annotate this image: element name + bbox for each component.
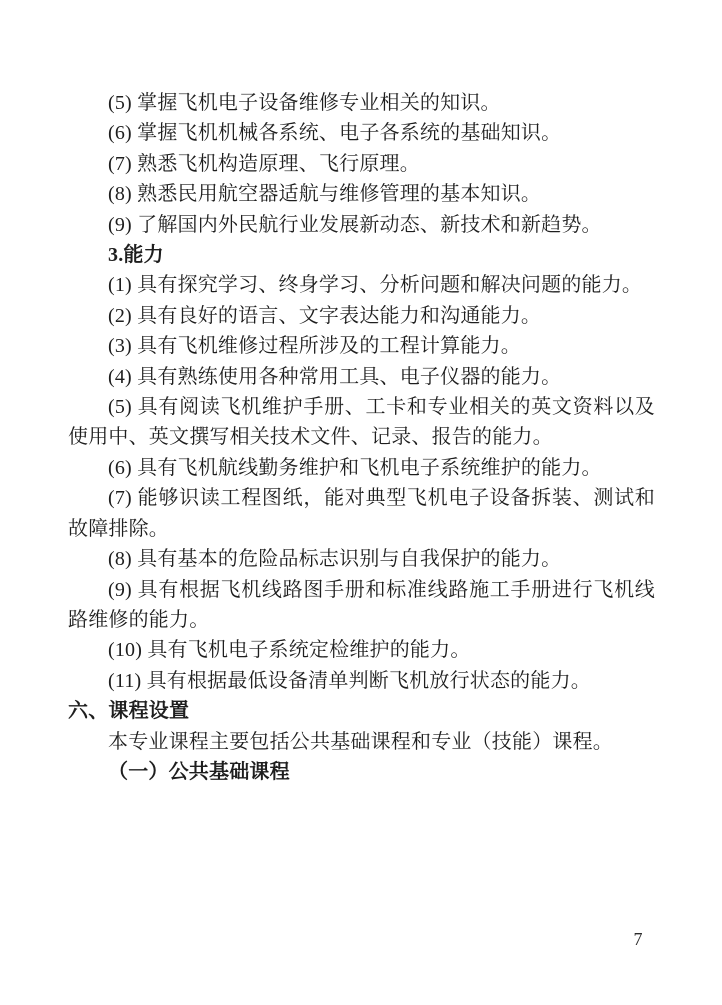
ability-item-6: (6) 具有飞机航线勤务维护和飞机电子系统维护的能力。 xyxy=(68,453,655,483)
ability-item-1: (1) 具有探究学习、终身学习、分析问题和解决问题的能力。 xyxy=(68,270,655,300)
ability-item-10: (10) 具有飞机电子系统定检维护的能力。 xyxy=(68,635,655,665)
course-setup-heading: 六、课程设置 xyxy=(68,696,655,726)
ability-heading: 3.能力 xyxy=(68,240,655,270)
document-page: (5) 掌握飞机电子设备维修专业相关的知识。 (6) 掌握飞机机械各系统、电子各… xyxy=(0,0,722,1005)
knowledge-item-8: (8) 熟悉民用航空器适航与维修管理的基本知识。 xyxy=(68,179,655,209)
ability-item-5: (5) 具有阅读飞机维护手册、工卡和专业相关的英文资料以及使用中、英文撰写相关技… xyxy=(68,392,655,453)
knowledge-item-9: (9) 了解国内外民航行业发展新动态、新技术和新趋势。 xyxy=(68,210,655,240)
knowledge-item-5: (5) 掌握飞机电子设备维修专业相关的知识。 xyxy=(68,88,655,118)
ability-item-9: (9) 具有根据飞机线路图手册和标准线路施工手册进行飞机线路维修的能力。 xyxy=(68,575,655,636)
public-basic-courses-heading: （一）公共基础课程 xyxy=(68,757,655,787)
ability-item-2: (2) 具有良好的语言、文字表达能力和沟通能力。 xyxy=(68,301,655,331)
page-number: 7 xyxy=(628,929,648,949)
document-body: (5) 掌握飞机电子设备维修专业相关的知识。 (6) 掌握飞机机械各系统、电子各… xyxy=(68,88,655,787)
ability-item-4: (4) 具有熟练使用各种常用工具、电子仪器的能力。 xyxy=(68,362,655,392)
ability-item-7: (7) 能够识读工程图纸，能对典型飞机电子设备拆装、测试和故障排除。 xyxy=(68,483,655,544)
knowledge-item-7: (7) 熟悉飞机构造原理、飞行原理。 xyxy=(68,149,655,179)
ability-item-3: (3) 具有飞机维修过程所涉及的工程计算能力。 xyxy=(68,331,655,361)
course-intro-paragraph: 本专业课程主要包括公共基础课程和专业（技能）课程。 xyxy=(68,727,655,757)
ability-item-11: (11) 具有根据最低设备清单判断飞机放行状态的能力。 xyxy=(68,666,655,696)
ability-item-8: (8) 具有基本的危险品标志识别与自我保护的能力。 xyxy=(68,544,655,574)
knowledge-item-6: (6) 掌握飞机机械各系统、电子各系统的基础知识。 xyxy=(68,118,655,148)
